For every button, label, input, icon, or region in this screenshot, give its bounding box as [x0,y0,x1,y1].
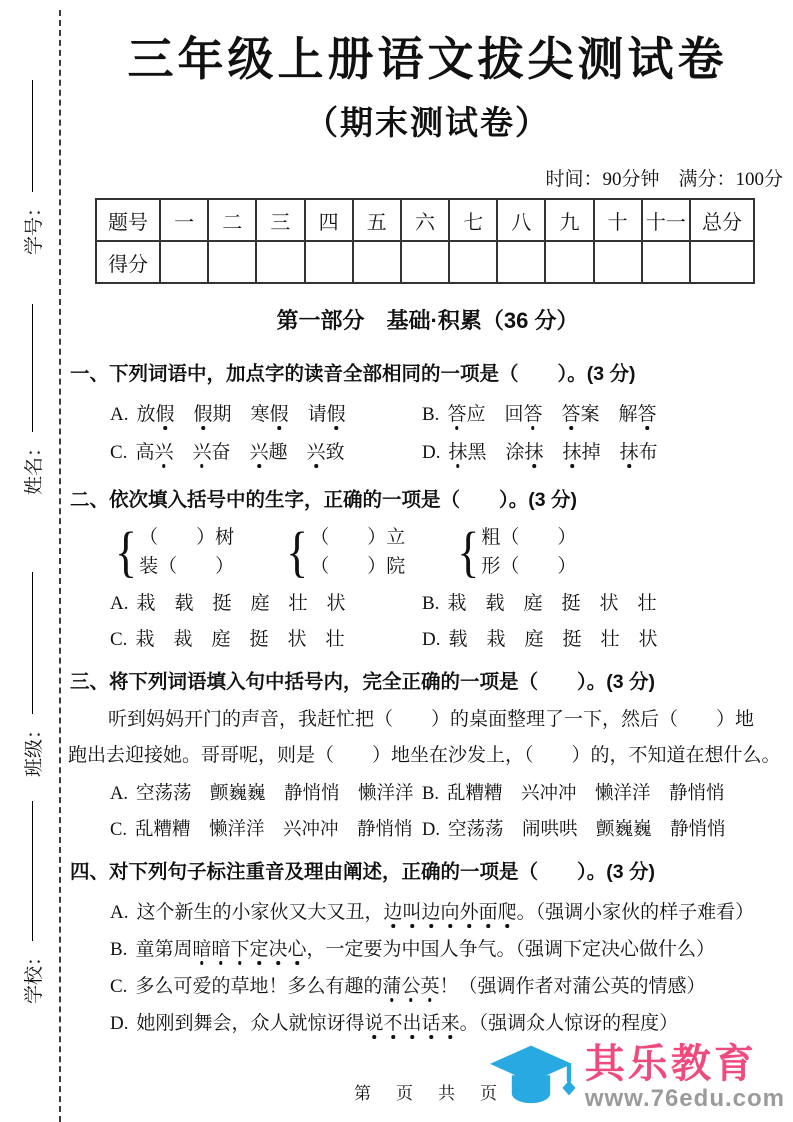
score-row-label-cell: 得分 [96,241,160,283]
score-empty-cell [208,241,256,283]
score-table-header-row: 题号 一 二 三 四 五 六 七 八 九 十 十一 总分 [96,199,754,241]
option-letter: D. [110,1005,128,1042]
bracket-line: 粗（ ） [481,523,576,552]
option-letter: B. [422,776,439,812]
passage-line: 跑出去迎接她。哥哥呢，则是（ ）地坐在沙发上，（ ）的，不知道在想什么。 [68,738,785,774]
score-empty-cell [305,241,353,283]
bracket-group: { （ ）树 装（ ） [115,523,234,581]
option-letter: B. [110,931,127,968]
emphasized-char: 面 [479,903,498,922]
emphasized-char: 蒲 [382,977,401,996]
page-subtitle: （期末测试卷） [70,102,785,144]
score-table-header-cell: 总分 [690,199,754,241]
section-title: 第一部分 基础·积累（36 分） [70,306,785,336]
emphasized-char: 答 [447,405,466,424]
bracket-line: （ ）立 [310,523,405,552]
option-text: 放假 假期 寒假 请假 [136,396,345,434]
option-text: 多么可爱的草地！多么有趣的蒲公英！（强调作者对蒲公英的情感） [135,968,705,1005]
emphasized-char: 出 [403,1014,422,1033]
emphasized-char: 心 [288,940,307,959]
publisher-logo: 其乐教育 www.76edu.com [483,1036,785,1118]
option-row: A. 放假 假期 寒假 请假 [110,396,422,434]
option-letter: C. [110,622,127,658]
name-field: 姓名： [19,299,45,495]
bracket-group: { 粗（ ） 形（ ） [457,523,576,581]
emphasized-char: 抹 [620,443,639,462]
option-letter: A. [110,894,128,931]
option-letter: C. [110,968,127,1005]
emphasized-char: 答 [523,405,542,424]
class-field: 班级： [19,567,45,777]
score-table-header-cell: 四 [305,199,353,241]
option-letter: D. [422,434,440,472]
emphasized-char: 边 [422,903,441,922]
option-text: 栽 载 挺 庭 壮 状 [136,586,345,622]
score-table-header-cell: 三 [256,199,304,241]
score-table-header-cell: 七 [449,199,497,241]
score-empty-cell [545,241,593,283]
option-letter: C. [110,434,127,472]
option-row: D. 载 栽 庭 挺 壮 状 [422,622,785,658]
question-4-stem: 四、对下列句子标注重音及理由阐述，正确的一项是（ ）。(3 分) [70,858,785,886]
option-row: B. 答应 回答 答案 解答 [422,396,785,434]
score-table-header-cell: 六 [401,199,449,241]
option-text: 这个新生的小家伙又大又丑，边叫边向外面爬。（强调小家伙的样子难看） [136,894,754,931]
option-row: B. 乱糟糟 兴冲冲 懒洋洋 静悄悄 [422,776,785,812]
option-row: C. 栽 裁 庭 挺 状 壮 [110,622,422,658]
emphasized-char: 公 [401,977,420,996]
bracket-line: 形（ ） [481,552,576,581]
score-table-score-row: 得分 [96,241,754,283]
cut-dashed-line [59,10,61,1122]
bracket-line: 装（ ） [139,552,234,581]
brace-icon: { [115,524,137,580]
emphasized-char: 假 [156,405,175,424]
option-letter: B. [422,396,439,434]
emphasized-char: 兴 [307,443,326,462]
emphasized-char: 抹 [525,443,544,462]
option-text: 乱糟糟 懒洋洋 兴冲冲 静悄悄 [135,812,413,848]
emphasized-char: 下 [230,940,249,959]
score-table-header-cell: 一 [160,199,208,241]
student-id-field: 学号： [19,75,45,255]
bracket-group: { （ ）立 （ ）院 [286,523,405,581]
option-text: 载 栽 庭 挺 壮 状 [448,622,657,658]
option-letter: C. [110,812,127,848]
time-score-line: 时间：90分钟 满分：100分 [70,168,785,192]
score-empty-cell [401,241,449,283]
option-row: D. 空荡荡 闹哄哄 颤巍巍 静悄悄 [422,812,785,848]
score-empty-cell [497,241,545,283]
emphasized-char: 不 [384,1014,403,1033]
option-text: 童第周暗暗下定决心，一定要为中国人争气。（强调下定决心做什么） [135,931,715,968]
emphasized-char: 外 [460,903,479,922]
option-row: B. 栽 载 庭 挺 状 壮 [422,586,785,622]
option-letter: B. [422,586,439,622]
emphasized-char: 决 [269,940,288,959]
option-row: A. 这个新生的小家伙又大又丑，边叫边向外面爬。（强调小家伙的样子难看） [110,894,785,931]
emphasized-char: 叫 [403,903,422,922]
score-empty-cell [160,241,208,283]
emphasized-char: 暗 [192,940,211,959]
class-label: 班级： [19,720,46,777]
name-write-line [32,304,33,432]
option-letter: A. [110,396,128,434]
option-letter: D. [422,622,440,658]
class-write-line [32,572,33,714]
emphasized-char: 兴 [192,443,211,462]
question-2-options: A. 栽 载 挺 庭 壮 状 B. 栽 载 庭 挺 状 壮 C. 栽 裁 庭 挺… [70,586,785,658]
brace-icon: { [286,524,308,580]
emphasized-char: 边 [384,903,403,922]
score-table-header-cell: 二 [208,199,256,241]
student-id-label: 学号： [19,198,46,255]
score-table-header-cell: 八 [497,199,545,241]
score-empty-cell [690,241,754,283]
score-table-header-cell: 九 [545,199,593,241]
emphasized-char: 爬 [498,903,517,922]
passage-line: 听到妈妈开门的声音，我赶忙把（ ）的桌面整理了一下，然后（ ）地 [70,702,785,738]
bracket-line: （ ）树 [139,523,234,552]
emphasized-char: 英 [420,977,439,996]
emphasized-char: 向 [441,903,460,922]
question-4-options: A. 这个新生的小家伙又大又丑，边叫边向外面爬。（强调小家伙的样子难看） B. … [70,894,785,1042]
option-letter: A. [110,776,128,812]
emphasized-char: 暗 [211,940,230,959]
option-text: 栽 载 庭 挺 状 壮 [447,586,656,622]
option-text: 空荡荡 颤巍巍 静悄悄 懒洋洋 [136,776,414,812]
emphasized-char: 说 [365,1014,384,1033]
bracket-line: （ ）院 [310,552,405,581]
emphasized-char: 兴 [250,443,269,462]
school-label: 学校： [19,947,46,1004]
option-text: 栽 裁 庭 挺 状 壮 [135,622,344,658]
option-row: A. 栽 载 挺 庭 壮 状 [110,586,422,622]
score-table-header-cell: 题号 [96,199,160,241]
option-letter: D. [422,812,440,848]
page-title: 三年级上册语文拔尖测试卷 [70,30,785,88]
question-3-stem: 三、将下列词语填入句中括号内，完全正确的一项是（ ）。(3 分) [70,668,785,696]
score-empty-cell [449,241,497,283]
option-text: 高兴 兴奋 兴趣 兴致 [135,434,344,472]
emphasized-char: 答 [562,405,581,424]
option-text: 空荡荡 闹哄哄 颤巍巍 静悄悄 [448,812,726,848]
emphasized-char: 假 [194,405,213,424]
score-table-header-cell: 五 [353,199,401,241]
question-2-bracket-groups: { （ ）树 装（ ） { （ ）立 （ ）院 { 粗（ ） 形（ ） [70,522,785,582]
score-table-header-cell: 十一 [642,199,690,241]
publisher-url: www.76edu.com [585,1086,785,1112]
question-3-passage: 听到妈妈开门的声音，我赶忙把（ ）的桌面整理了一下，然后（ ）地 跑出去迎接她。… [70,702,785,774]
brace-icon: { [457,524,479,580]
score-empty-cell [642,241,690,283]
question-1-options: A. 放假 假期 寒假 请假 B. 答应 回答 答案 解答 C. 高兴 兴奋 兴… [70,396,785,472]
question-2-stem: 二、依次填入括号中的生字，正确的一项是（ ）。(3 分) [70,486,785,514]
option-row: C. 乱糟糟 懒洋洋 兴冲冲 静悄悄 [110,812,422,848]
emphasized-char: 兴 [154,443,173,462]
publisher-name: 其乐教育 [585,1042,757,1086]
name-label: 姓名： [19,438,46,495]
question-1-stem: 一、下列词语中，加点字的读音全部相同的一项是（ ）。(3 分) [70,360,785,388]
student-id-write-line [32,80,33,192]
emphasized-char: 答 [638,405,657,424]
option-row: C. 多么可爱的草地！多么有趣的蒲公英！（强调作者对蒲公英的情感） [110,968,785,1005]
option-letter: A. [110,586,128,622]
emphasized-char: 抹 [563,443,582,462]
emphasized-char: 假 [327,405,346,424]
emphasized-char: 话 [422,1014,441,1033]
score-table: 题号 一 二 三 四 五 六 七 八 九 十 十一 总分 得分 [95,198,755,284]
emphasized-char: 抹 [448,443,467,462]
option-row: C. 高兴 兴奋 兴趣 兴致 [110,434,422,472]
score-empty-cell [256,241,304,283]
question-3-options: A. 空荡荡 颤巍巍 静悄悄 懒洋洋 B. 乱糟糟 兴冲冲 懒洋洋 静悄悄 C.… [70,776,785,848]
emphasized-char: 定 [250,940,269,959]
option-row: D. 抹黑 涂抹 抹掉 抹布 [422,434,785,472]
option-text: 乱糟糟 兴冲冲 懒洋洋 静悄悄 [447,776,725,812]
graduation-cap-icon [483,1036,579,1118]
option-row: B. 童第周暗暗下定决心，一定要为中国人争气。（强调下定决心做什么） [110,931,785,968]
score-empty-cell [594,241,642,283]
school-field: 学校： [19,796,45,1004]
score-empty-cell [353,241,401,283]
emphasized-char: 来 [441,1014,460,1033]
school-write-line [32,801,33,941]
option-row: A. 空荡荡 颤巍巍 静悄悄 懒洋洋 [110,776,422,812]
option-text: 抹黑 涂抹 抹掉 抹布 [448,434,657,472]
option-text: 答应 回答 答案 解答 [447,396,656,434]
emphasized-char: 假 [270,405,289,424]
score-table-header-cell: 十 [594,199,642,241]
